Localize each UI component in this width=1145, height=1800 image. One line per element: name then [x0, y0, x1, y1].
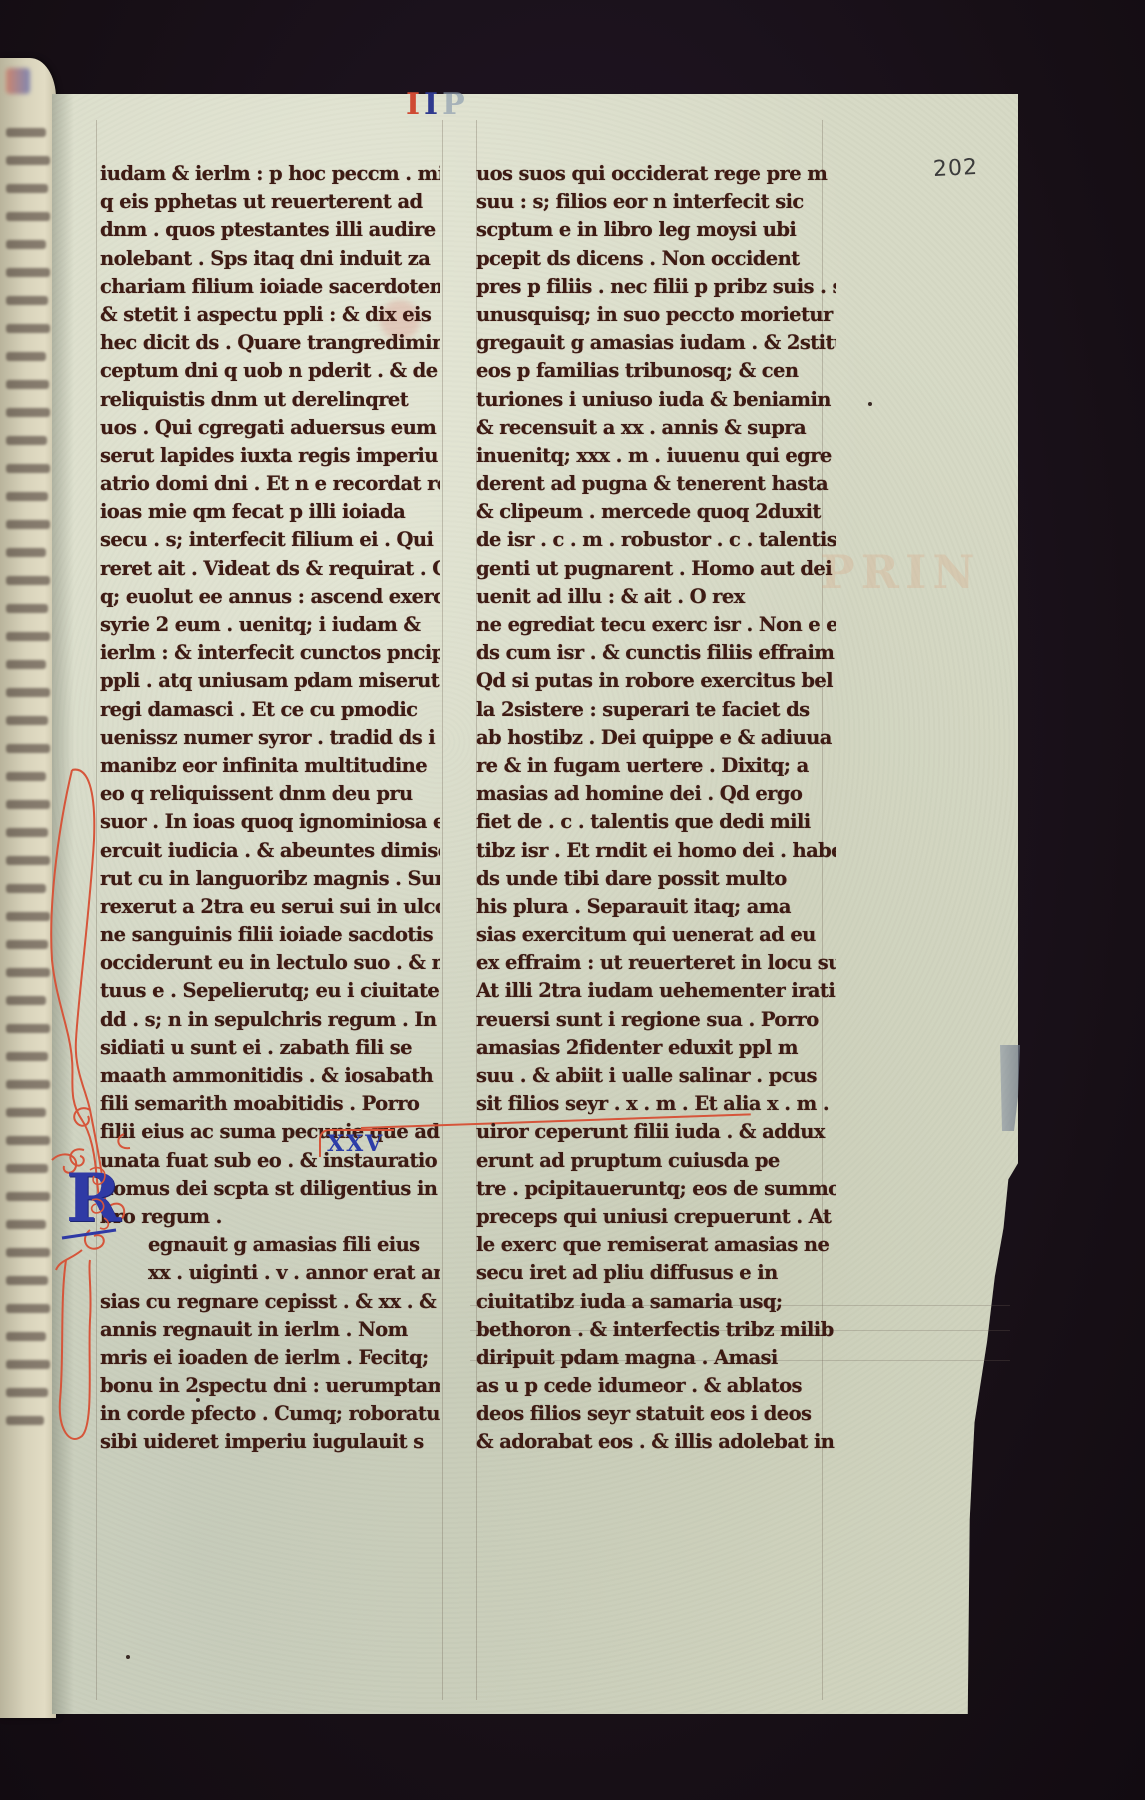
text-line: syrie 2 eum . uenitq; i iudam &: [100, 611, 440, 639]
text-line: egnauit g amasias fili eius: [100, 1231, 440, 1259]
text-line: xx . uiginti . v . annor erat ama: [100, 1259, 440, 1287]
facing-page-line: [6, 492, 48, 501]
text-line: manibz eor infinita multitudine: [100, 752, 440, 780]
facing-page-line: [6, 968, 50, 977]
text-line: tibz isr . Et rndit ei homo dei . habet: [476, 837, 836, 865]
text-line: amasias 2fidenter eduxit ppl m: [476, 1034, 836, 1062]
text-line: turiones i uniuso iuda & beniamin: [476, 386, 836, 414]
text-line: dd . s; n in sepulchris regum . In: [100, 1006, 440, 1034]
text-line: la 2sistere : superari te faciet ds: [476, 696, 836, 724]
text-line: ab hostibz . Dei quippe e & adiuua: [476, 724, 836, 752]
text-line: uos . Qui cgregati aduersus eum mi: [100, 414, 440, 442]
facing-page-line: [6, 744, 50, 753]
facing-page-line: [6, 464, 50, 473]
text-line: maath ammonitidis . & iosabath: [100, 1062, 440, 1090]
text-line: uiror ceperunt filii iuda . & addux: [476, 1118, 836, 1146]
ruling-line-vertical: [96, 120, 97, 1700]
text-line: ceptum dni q uob n pderit . & de: [100, 357, 440, 385]
text-line: hec dicit ds . Quare trangredimini p: [100, 329, 440, 357]
text-line: preceps qui uniusi crepuerunt . At il: [476, 1203, 836, 1231]
facing-page-line: [6, 604, 48, 613]
text-line: q; euolut ee annus : ascend exerc: [100, 583, 440, 611]
facing-page-line: [6, 1136, 50, 1145]
facing-page-line: [6, 1388, 48, 1397]
ruling-line-vertical: [442, 120, 443, 1700]
text-line: q eis pphetas ut reuerterent ad: [100, 188, 440, 216]
facing-page-line: [6, 1164, 48, 1173]
text-line: sidiati u sunt ei . zabath fili se: [100, 1034, 440, 1062]
facing-page-line: [6, 912, 50, 921]
chapter-number: XXV: [319, 1129, 394, 1157]
facing-page-line: [6, 1108, 46, 1117]
text-line: diripuit pdam magna . Amasi: [476, 1344, 836, 1372]
facing-page-line: [6, 1304, 50, 1313]
text-line: ciuitatibz iuda a samaria usq;: [476, 1288, 836, 1316]
facing-page-line: [6, 1416, 44, 1425]
text-line: ne sanguinis filii ioiade sacdotis . &: [100, 921, 440, 949]
facing-page-initial: [6, 68, 30, 94]
text-line: eos p familias tribunosq; & cen: [476, 357, 836, 385]
text-line: in corde pfecto . Cumq; roboratu: [100, 1400, 440, 1428]
text-line: eo q reliquissent dnm deu pru: [100, 780, 440, 808]
text-line: reliquistis dnm ut derelinqret: [100, 386, 440, 414]
facing-page-line: [6, 156, 50, 165]
text-line: gregauit g amasias iudam . & 2stitui: [476, 329, 836, 357]
text-line: inuenitq; xxx . m . iuuenu qui egre: [476, 442, 836, 470]
facing-page-line: [6, 660, 46, 669]
text-line: bonu in 2spectu dni : uerumptam n: [100, 1372, 440, 1400]
text-line: ne egrediat tecu exerc isr . Non e eni: [476, 611, 836, 639]
parchment-speck: [126, 1655, 130, 1659]
facing-page-line: [6, 324, 50, 333]
gutter-shadow: [52, 94, 74, 1714]
text-line: reuersi sunt i regione sua . Porro: [476, 1006, 836, 1034]
text-line: deos filios seyr statuit eos i deos: [476, 1400, 836, 1428]
text-line: & adorabat eos . & illis adolebat in: [476, 1428, 836, 1456]
text-line: erunt ad pruptum cuiusda pe: [476, 1147, 836, 1175]
facing-page-line: [6, 1192, 50, 1201]
text-line: & stetit i aspectu ppli : & dix eis: [100, 301, 440, 329]
text-line: tre . pcipitaueruntq; eos de summo in: [476, 1175, 836, 1203]
text-line: ierlm : & interfecit cunctos pncipes: [100, 639, 440, 667]
text-line: uenit ad illu : & ait . O rex: [476, 583, 836, 611]
facing-page-line: [6, 352, 46, 361]
text-line: scptum e in libro leg moysi ubi: [476, 216, 836, 244]
text-line: de isr . c . m . robustor . c . talentis…: [476, 526, 836, 554]
facing-page-line: [6, 1024, 50, 1033]
text-line: suu . & abiit i ualle salinar . pcus: [476, 1062, 836, 1090]
text-line: tuus e . Sepelierutq; eu i ciuitate: [100, 977, 440, 1005]
text-line: ercuit iudicia . & abeuntes dimise: [100, 837, 440, 865]
parchment-speck: [868, 402, 872, 406]
text-line: as u p cede idumeor . & ablatos: [476, 1372, 836, 1400]
text-line: ds cum isr . & cunctis filiis effraim: [476, 639, 836, 667]
text-line: masias ad homine dei . Qd ergo: [476, 780, 836, 808]
text-line: Qd si putas in robore exercitus bel: [476, 667, 836, 695]
text-line: ex effraim : ut reuerteret in locu su .: [476, 949, 836, 977]
text-line: bro regum .: [100, 1203, 440, 1231]
text-line: sit filios seyr . x . m . Et alia x . m …: [476, 1090, 836, 1118]
text-line: & recensuit a xx . annis & supra: [476, 414, 836, 442]
facing-page-line: [6, 716, 48, 725]
text-line: pres p filiis . nec filii p pribz suis .…: [476, 273, 836, 301]
facing-page-line: [6, 856, 50, 865]
facing-page-line: [6, 436, 47, 445]
running-head-letter: I: [424, 90, 438, 120]
running-head: I I P: [406, 86, 506, 120]
text-line: his plura . Separauit itaq; ama: [476, 893, 836, 921]
facing-page-line: [6, 240, 46, 249]
text-line: iudam & ierlm : p hoc peccm . mittebat: [100, 160, 440, 188]
text-line: ds unde tibi dare possit multo: [476, 865, 836, 893]
text-line: mris ei ioaden de ierlm . Fecitq;: [100, 1344, 440, 1372]
facing-page-line: [6, 940, 48, 949]
running-head-letter: I: [406, 90, 420, 120]
facing-page-line: [6, 688, 50, 697]
facing-page-line: [6, 800, 50, 809]
facing-page-line: [6, 268, 50, 277]
text-line: At illi 2tra iudam uehementer irati: [476, 977, 836, 1005]
facing-page-line: [6, 380, 49, 389]
text-line: sibi uideret imperiu iugulauit s: [100, 1428, 440, 1456]
text-line: annis regnauit in ierlm . Nom: [100, 1316, 440, 1344]
facing-page-line: [6, 576, 50, 585]
facing-page-line: [6, 772, 46, 781]
facing-page-line: [6, 884, 46, 893]
text-column-a: iudam & ierlm : p hoc peccm . mittebat q…: [100, 160, 440, 1457]
text-line: sias exercitum qui uenerat ad eu: [476, 921, 836, 949]
facing-page-line: [6, 128, 46, 137]
folio-number: 202: [932, 155, 978, 182]
facing-page-line: [6, 1080, 50, 1089]
text-line: serut lapides iuxta regis imperiu in: [100, 442, 440, 470]
text-line: rut cu in languoribz magnis . Sur: [100, 865, 440, 893]
facing-page-line: [6, 184, 48, 193]
text-line: reret ait . Videat ds & requirat . Cu: [100, 555, 440, 583]
facing-page-line: [6, 996, 46, 1005]
text-line: chariam filium ioiade sacerdotem: [100, 273, 440, 301]
chapter-number-text: XXV: [327, 1131, 384, 1157]
text-column-b: uos suos qui occiderat rege pre m suu : …: [476, 160, 836, 1457]
text-line: domus dei scpta st diligentius in li: [100, 1175, 440, 1203]
text-line: regi damasci . Et ce cu pmodic: [100, 696, 440, 724]
decorated-initial: R: [66, 1165, 116, 1231]
text-line: uenissz numer syror . tradid ds i: [100, 724, 440, 752]
text-line: suu : s; filios eor n interfecit sic: [476, 188, 836, 216]
facing-page-line: [6, 1276, 48, 1285]
text-line: secu . s; interfecit filium ei . Qui cu …: [100, 526, 440, 554]
text-line: nolebant . Sps itaq dni induit za: [100, 245, 440, 273]
text-line: fiet de . c . talentis que dedi mili: [476, 808, 836, 836]
facing-page-line: [6, 1052, 48, 1061]
text-line: suor . In ioas quoq ignominiosa ex: [100, 808, 440, 836]
text-line: occiderunt eu in lectulo suo . & mor: [100, 949, 440, 977]
text-line: fili semarith moabitidis . Porro: [100, 1090, 440, 1118]
text-line: derent ad pugna & tenerent hasta: [476, 470, 836, 498]
text-line: unusquisq; in suo peccto morietur . Co: [476, 301, 836, 329]
facing-page-line: [6, 520, 50, 529]
text-line: uos suos qui occiderat rege pre m: [476, 160, 836, 188]
running-head-letter: P: [442, 90, 465, 120]
text-line: pcepit ds dicens . Non occident: [476, 245, 836, 273]
text-line: ioas mie qm fecat p illi ioiada: [100, 498, 440, 526]
text-line: atrio domi dni . Et n e recordat rex: [100, 470, 440, 498]
facing-page-line: [6, 296, 48, 305]
text-line: genti ut pugnarent . Homo aut dei: [476, 555, 836, 583]
facing-page-line: [6, 548, 46, 557]
text-line: secu iret ad pliu diffusus e in: [476, 1259, 836, 1287]
offset-ink-stain: PRIN: [820, 545, 990, 615]
text-line: bethoron . & interfectis tribz milib: [476, 1316, 836, 1344]
facing-page-edge: [0, 58, 56, 1718]
text-line: dnm . quos ptestantes illi audire: [100, 216, 440, 244]
text-line: le exerc que remiserat amasias ne: [476, 1231, 836, 1259]
text-line: sias cu regnare cepisst . & xx . & ix .: [100, 1288, 440, 1316]
text-line: & clipeum . mercede quoq 2duxit: [476, 498, 836, 526]
facing-page-line: [6, 408, 50, 417]
text-line: rexerut a 2tra eu serui sui in ulco: [100, 893, 440, 921]
facing-page-line: [6, 212, 50, 221]
facing-page-line: [6, 1360, 50, 1369]
text-line: re & in fugam uertere . Dixitq; a: [476, 752, 836, 780]
facing-page-line: [6, 1248, 50, 1257]
facing-page-line: [6, 828, 48, 837]
facing-page-line: [6, 632, 50, 641]
facing-page-line: [6, 1332, 46, 1341]
text-line: ppli . atq uniusam pdam miserut: [100, 667, 440, 695]
facing-page-line: [6, 1220, 46, 1229]
